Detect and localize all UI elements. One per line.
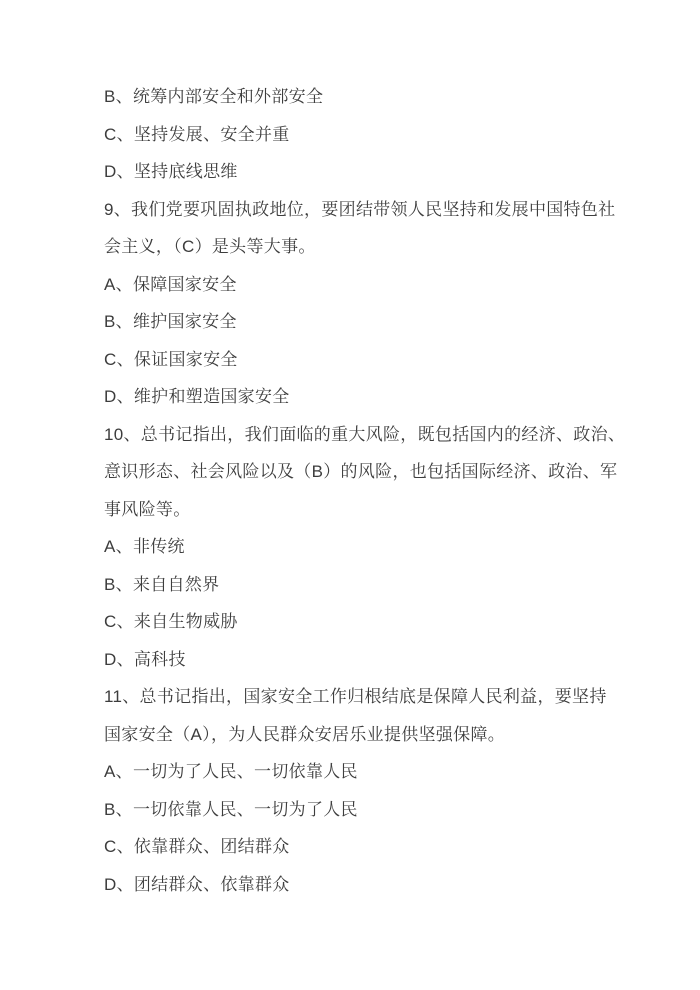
document-line: C、依靠群众、团结群众: [104, 828, 664, 866]
document-line: B、统筹内部安全和外部安全: [104, 78, 664, 116]
document-line: A、保障国家安全: [104, 266, 664, 304]
document-page: B、统筹内部安全和外部安全 C、坚持发展、安全并重 D、坚持底线思维 9、我们党…: [104, 78, 664, 903]
document-line: A、非传统: [104, 528, 664, 566]
document-line: D、维护和塑造国家安全: [104, 378, 664, 416]
document-line: B、来自自然界: [104, 566, 664, 604]
document-line: 9、我们党要巩固执政地位，要团结带领人民坚持和发展中国特色社: [104, 191, 664, 229]
document-line: 10、总书记指出，我们面临的重大风险，既包括国内的经济、政治、: [104, 416, 664, 454]
document-line: D、高科技: [104, 641, 664, 679]
document-line: C、坚持发展、安全并重: [104, 116, 664, 154]
document-line: C、来自生物威胁: [104, 603, 664, 641]
document-line: B、维护国家安全: [104, 303, 664, 341]
document-line: C、保证国家安全: [104, 341, 664, 379]
document-line: A、一切为了人民、一切依靠人民: [104, 753, 664, 791]
document-line: B、一切依靠人民、一切为了人民: [104, 791, 664, 829]
document-line: 意识形态、社会风险以及（B）的风险，也包括国际经济、政治、军: [104, 453, 664, 491]
document-line: D、坚持底线思维: [104, 153, 664, 191]
document-line: 国家安全（A），为人民群众安居乐业提供坚强保障。: [104, 716, 664, 754]
document-line: D、团结群众、依靠群众: [104, 866, 664, 904]
document-line: 会主义，（C）是头等大事。: [104, 228, 664, 266]
document-line: 事风险等。: [104, 491, 664, 529]
document-line: 11、总书记指出，国家安全工作归根结底是保障人民利益，要坚持: [104, 678, 664, 716]
